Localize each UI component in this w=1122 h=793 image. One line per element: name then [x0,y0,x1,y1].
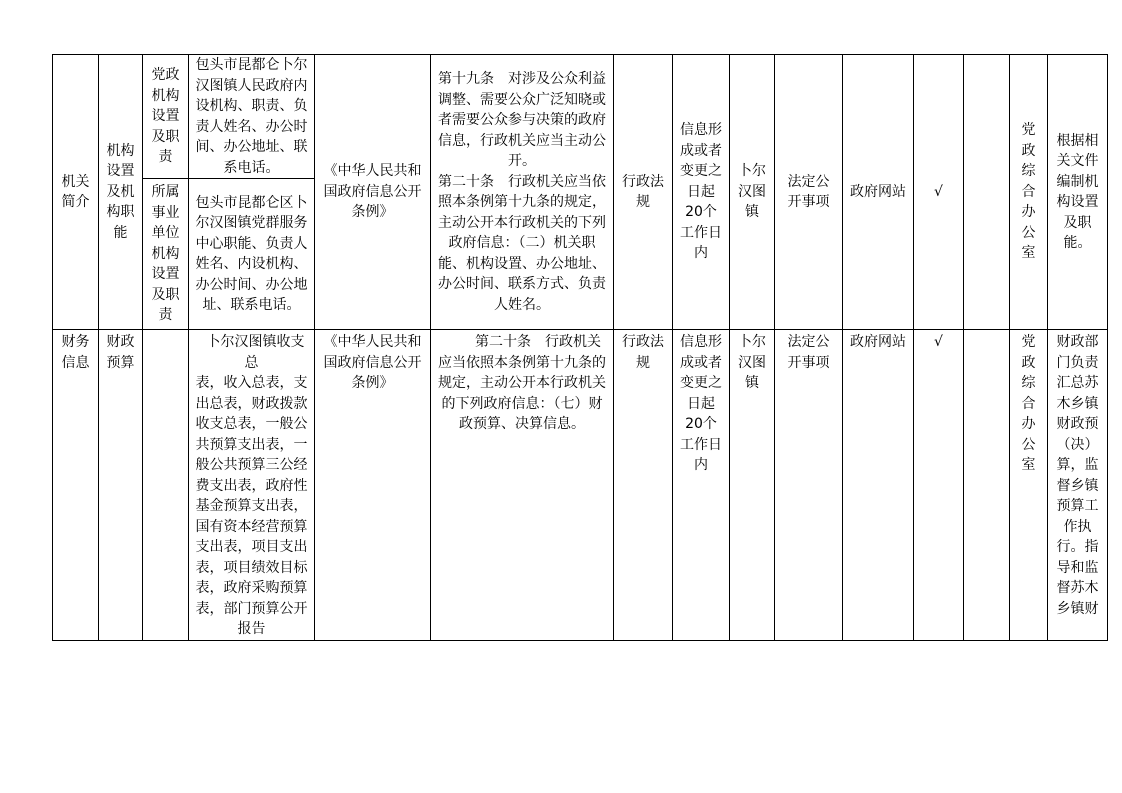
legal-basis-text-cell: 第十九条 对涉及公众利益 调整、需要公众广泛知晓或 者需要公众参与决策的政府 信… [431,55,614,330]
department-cell: 党 政 综 合 办 公 室 [1010,330,1048,641]
remark-cell: 根据相 关文件 编制机 构设置 及职 能。 [1048,55,1108,330]
checkmark-cell: √ [914,55,964,330]
responsible-unit-cell: 卜尔 汉图 镇 [730,330,775,641]
disclosure-table: 机关 简介 机构 设置 及机 构职 能 党政 机构 设置 及职 责 包头市昆都仑… [52,54,1108,641]
disclosure-type-cell: 法定公 开事项 [775,330,843,641]
legal-basis-text-cell: 第二十条 行政机关 应当依照本条例第十九条的 规定，主动公开本行政机关 的下列政… [431,330,614,641]
basis-category-cell: 行政法 规 [614,330,673,641]
channel-cell: 政府网站 [843,330,914,641]
responsible-unit-cell: 卜尔 汉图 镇 [730,55,775,330]
item-label-cell: 所属 事业 单位 机构 设置 及职 责 [143,179,189,330]
item-content-cell: 包头市昆都仑区卜 尔汉图镇党群服务 中心职能、负责人 姓名、内设机构、 办公时间… [189,179,315,330]
document-page: 机关 简介 机构 设置 及机 构职 能 党政 机构 设置 及职 责 包头市昆都仑… [0,0,1122,793]
disclosure-type-cell: 法定公 开事项 [775,55,843,330]
blank-cell [964,330,1010,641]
basis-category-cell: 行政法 规 [614,55,673,330]
remark-cell: 财政部 门负责 汇总苏 木乡镇 财政预 （决） 算，监 督乡镇 预算工 作执 行… [1048,330,1108,641]
time-limit-cell: 信息形 成或者 变更之 日起 20个 工作日 内 [673,55,730,330]
category-cell: 财务 信息 [53,330,99,641]
item-label-cell: 党政 机构 设置 及职 责 [143,55,189,179]
item-content-cell: 卜尔汉图镇收支总 表，收入总表，支 出总表，财政拨款 收支总表，一般公 共预算支… [189,330,315,641]
legal-basis-title-cell: 《中华人民共和 国政府信息公开 条例》 [315,330,431,641]
subcategory-cell: 机构 设置 及机 构职 能 [99,55,143,330]
category-cell: 机关 简介 [53,55,99,330]
channel-cell: 政府网站 [843,55,914,330]
subcategory-cell: 财政 预算 [99,330,143,641]
department-cell: 党 政 综 合 办 公 室 [1010,55,1048,330]
legal-basis-title-cell: 《中华人民共和 国政府信息公开 条例》 [315,55,431,330]
checkmark-cell: √ [914,330,964,641]
blank-cell [964,55,1010,330]
item-content-cell: 包头市昆都仑卜尔 汉图镇人民政府内 设机构、职责、负 责人姓名、办公时 间、办公… [189,55,315,179]
time-limit-cell: 信息形 成或者 变更之 日起 20个 工作日 内 [673,330,730,641]
table-row: 财务 信息 财政 预算 卜尔汉图镇收支总 表，收入总表，支 出总表，财政拨款 收… [53,330,1108,641]
item-label-cell [143,330,189,641]
table-row: 机关 简介 机构 设置 及机 构职 能 党政 机构 设置 及职 责 包头市昆都仑… [53,55,1108,179]
